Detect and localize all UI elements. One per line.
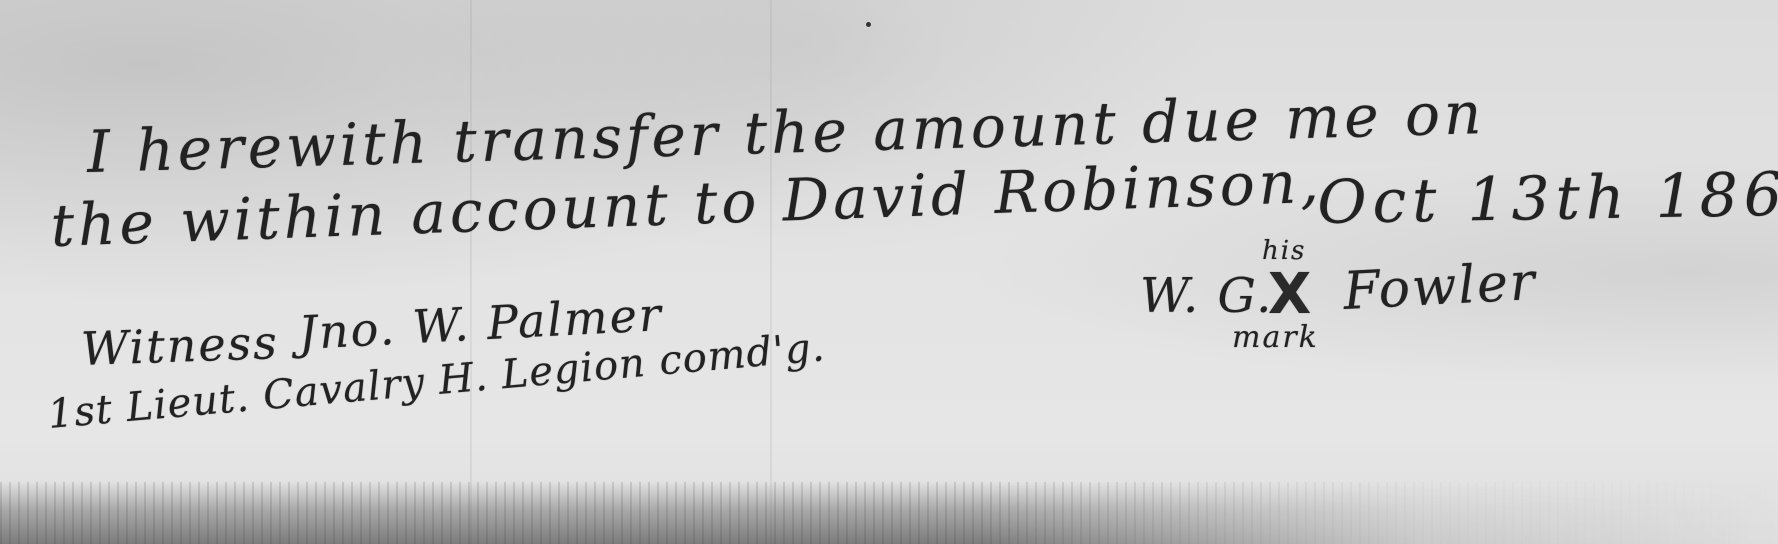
paper-crease [770,0,772,544]
torn-bottom-edge [0,482,1778,544]
scanned-document-page: I herewith transfer the amount due me on… [0,0,1778,544]
signature-surname: Fowler [1342,252,1538,322]
document-date: Oct 13th 1862 [1317,159,1778,238]
witness-label: Witness [80,315,279,376]
signature-x-mark: X [1268,262,1313,327]
ink-speck [866,22,871,27]
signature-mark-label: mark [1232,320,1319,355]
signature-initials: W. G. [1140,268,1273,324]
paper-crease [470,0,472,544]
